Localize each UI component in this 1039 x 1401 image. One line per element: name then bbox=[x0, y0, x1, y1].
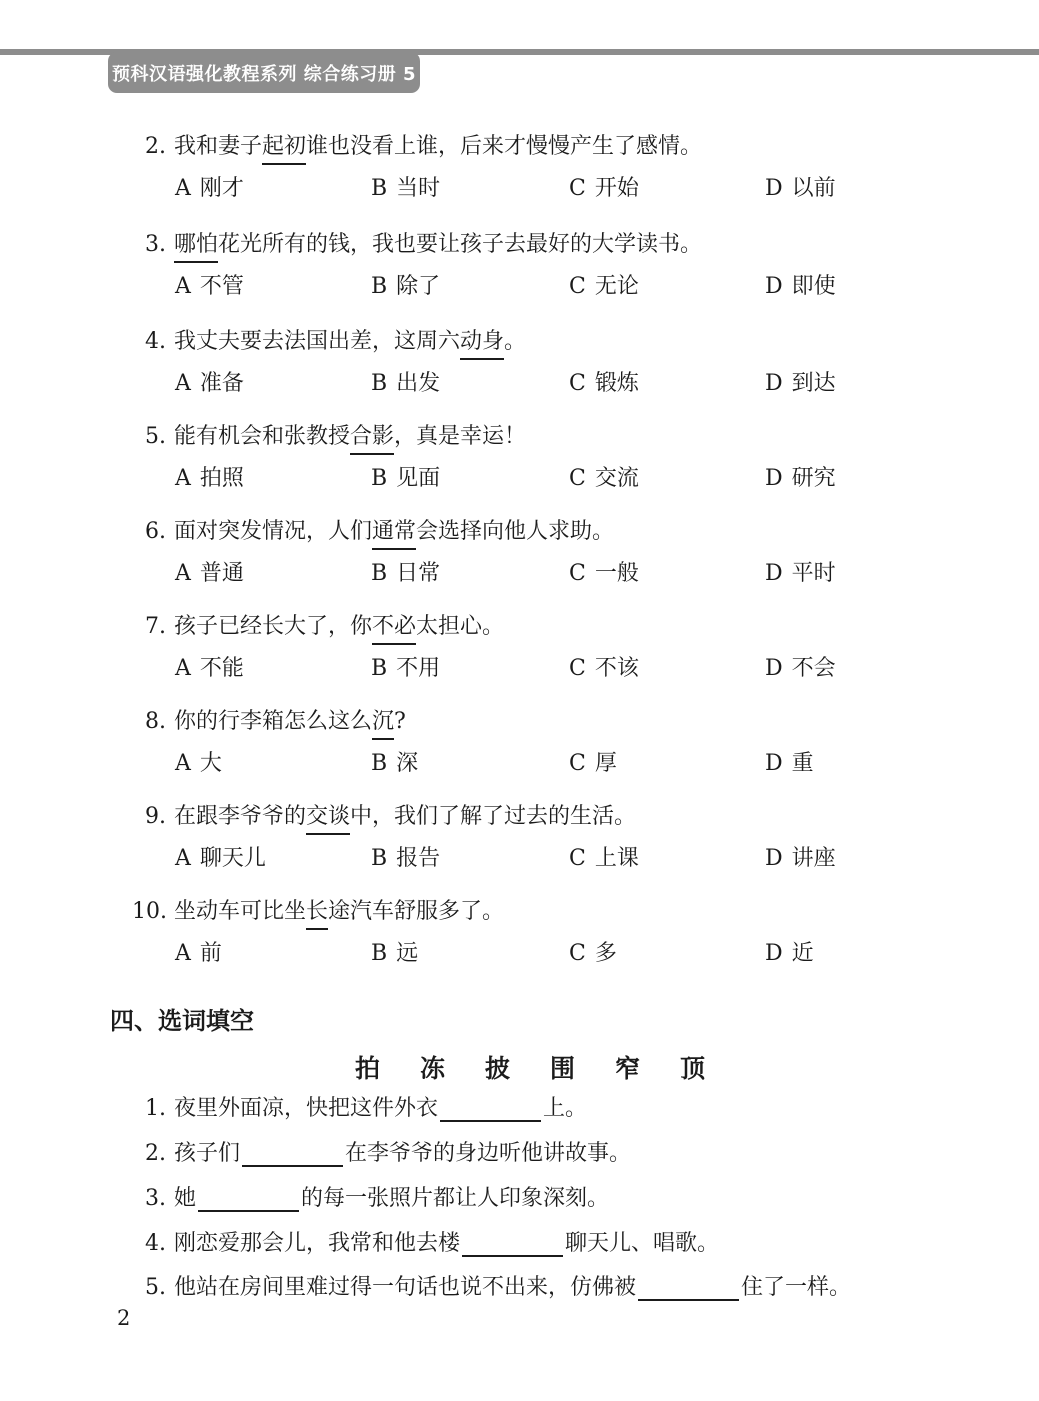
word-bank-word: 披 bbox=[485, 1054, 510, 1084]
fill-pre: 夜里外面凉，快把这件外衣 bbox=[174, 1096, 438, 1121]
word-bank-word: 拍 bbox=[355, 1054, 380, 1084]
option-label: 一般 bbox=[595, 561, 639, 586]
option-a: A普通 bbox=[175, 561, 371, 587]
option-a: A不能 bbox=[175, 656, 371, 682]
fill-number: 2. bbox=[132, 1139, 166, 1169]
question-number: 7. bbox=[132, 613, 166, 641]
question-post: 。 bbox=[504, 329, 526, 354]
blank-line bbox=[242, 1143, 343, 1167]
word-bank-word: 围 bbox=[550, 1054, 575, 1084]
question-post: 会选择向他人求助。 bbox=[416, 519, 614, 544]
option-letter: D bbox=[765, 941, 783, 966]
question-post: ? bbox=[394, 709, 406, 734]
option-b: B当时 bbox=[371, 176, 569, 202]
option-letter: A bbox=[175, 371, 191, 396]
series-tab-label: 预科汉语强化教程系列 综合练习册 5 bbox=[108, 52, 420, 93]
blank-line bbox=[638, 1277, 739, 1301]
option-letter: A bbox=[175, 466, 191, 491]
option-label: 当时 bbox=[396, 176, 440, 201]
option-letter: B bbox=[371, 371, 387, 396]
question-text: 2.我和妻子起初谁也没看上谁，后来才慢慢产生了感情。 bbox=[0, 133, 1039, 161]
option-label: 拍照 bbox=[200, 466, 244, 491]
option-a: A不管 bbox=[175, 274, 371, 300]
option-b: B见面 bbox=[371, 466, 569, 492]
blank-line bbox=[198, 1188, 299, 1212]
option-label: 聊天儿 bbox=[200, 846, 266, 871]
option-label: 不该 bbox=[595, 656, 639, 681]
option-label: 即使 bbox=[792, 274, 836, 299]
question-block-3: 3.哪怕花光所有的钱，我也要让孩子去最好的大学读书。 A不管 B除了 C无论 D… bbox=[0, 231, 1039, 300]
option-letter: D bbox=[765, 274, 783, 299]
option-a: A准备 bbox=[175, 371, 371, 397]
options-row: A前 B远 C多 D近 bbox=[0, 941, 1039, 967]
option-label: 普通 bbox=[200, 561, 244, 586]
option-label: 日常 bbox=[396, 561, 440, 586]
question-pre: 在跟李爷爷的 bbox=[174, 804, 306, 829]
option-label: 深 bbox=[396, 751, 418, 776]
option-letter: C bbox=[569, 941, 586, 966]
option-label: 开始 bbox=[595, 176, 639, 201]
question-post: 谁也没看上谁，后来才慢慢产生了感情。 bbox=[306, 134, 702, 159]
options-row: A拍照 B见面 C交流 D研究 bbox=[0, 466, 1039, 492]
option-a: A大 bbox=[175, 751, 371, 777]
fill-post: 聊天儿、唱歌。 bbox=[565, 1231, 719, 1256]
word-bank: 拍 冻 披 围 窄 顶 bbox=[355, 1054, 705, 1084]
blank-line bbox=[462, 1233, 563, 1257]
option-d: D重 bbox=[765, 751, 814, 777]
fill-pre: 刚恋爱那会儿，我常和他去楼 bbox=[174, 1231, 460, 1256]
fill-number: 4. bbox=[132, 1229, 166, 1259]
option-label: 上课 bbox=[595, 846, 639, 871]
question-post: 花光所有的钱，我也要让孩子去最好的大学读书。 bbox=[218, 232, 702, 257]
word-bank-word: 冻 bbox=[420, 1054, 445, 1084]
question-block-4: 4.我丈夫要去法国出差，这周六动身。 A准备 B出发 C锻炼 D到达 bbox=[0, 328, 1039, 397]
question-number: 6. bbox=[132, 518, 166, 546]
option-d: D近 bbox=[765, 941, 814, 967]
option-b: B除了 bbox=[371, 274, 569, 300]
fill-pre: 他站在房间里难过得一句话也说不出来，仿佛被 bbox=[174, 1275, 636, 1300]
option-d: D即使 bbox=[765, 274, 836, 300]
option-label: 见面 bbox=[396, 466, 440, 491]
option-c: C一般 bbox=[569, 561, 765, 587]
option-a: A聊天儿 bbox=[175, 846, 371, 872]
question-text: 8.你的行李箱怎么这么沉? bbox=[0, 708, 1039, 736]
option-label: 到达 bbox=[792, 371, 836, 396]
blank-line bbox=[440, 1098, 541, 1122]
option-c: C上课 bbox=[569, 846, 765, 872]
fill-item-4: 4.刚恋爱那会儿，我常和他去楼聊天儿、唱歌。 bbox=[0, 1229, 1039, 1259]
question-number: 3. bbox=[132, 231, 166, 259]
options-row: A准备 B出发 C锻炼 D到达 bbox=[0, 371, 1039, 397]
option-letter: C bbox=[569, 274, 586, 299]
options-row: A不管 B除了 C无论 D即使 bbox=[0, 274, 1039, 300]
option-c: C锻炼 bbox=[569, 371, 765, 397]
option-label: 多 bbox=[595, 941, 617, 966]
fill-pre: 她 bbox=[174, 1186, 196, 1211]
option-d: D平时 bbox=[765, 561, 836, 587]
option-b: B日常 bbox=[371, 561, 569, 587]
option-label: 讲座 bbox=[792, 846, 836, 871]
question-pre: 能有机会和张教授 bbox=[174, 424, 350, 449]
option-letter: D bbox=[765, 466, 783, 491]
workbook-page: 预科汉语强化教程系列 综合练习册 5 2.我和妻子起初谁也没看上谁，后来才慢慢产… bbox=[0, 0, 1039, 1401]
question-number: 2. bbox=[132, 133, 166, 161]
option-label: 不会 bbox=[792, 656, 836, 681]
option-d: D以前 bbox=[765, 176, 836, 202]
word-bank-word: 顶 bbox=[680, 1054, 705, 1084]
fill-item-3: 3.她的每一张照片都让人印象深刻。 bbox=[0, 1184, 1039, 1214]
page-number: 2 bbox=[117, 1305, 130, 1331]
option-letter: C bbox=[569, 751, 586, 776]
option-letter: A bbox=[175, 941, 191, 966]
question-post: ，真是幸运！ bbox=[394, 424, 526, 449]
question-block-9: 9.在跟李爷爷的交谈中，我们了解了过去的生活。 A聊天儿 B报告 C上课 D讲座 bbox=[0, 803, 1039, 872]
option-letter: D bbox=[765, 561, 783, 586]
option-c: C无论 bbox=[569, 274, 765, 300]
option-b: B深 bbox=[371, 751, 569, 777]
option-letter: A bbox=[175, 846, 191, 871]
question-text: 7.孩子已经长大了，你不必太担心。 bbox=[0, 613, 1039, 641]
question-number: 9. bbox=[132, 803, 166, 831]
option-letter: A bbox=[175, 274, 191, 299]
section-heading: 四、选词填空 bbox=[110, 1006, 254, 1036]
option-a: A刚才 bbox=[175, 176, 371, 202]
option-label: 以前 bbox=[792, 176, 836, 201]
option-letter: D bbox=[765, 656, 783, 681]
word-bank-word: 窄 bbox=[615, 1054, 640, 1084]
option-letter: D bbox=[765, 176, 783, 201]
question-block-5: 5.能有机会和张教授合影，真是幸运！ A拍照 B见面 C交流 D研究 bbox=[0, 423, 1039, 492]
option-a: A前 bbox=[175, 941, 371, 967]
options-row: A刚才 B当时 C开始 D以前 bbox=[0, 176, 1039, 202]
option-d: D到达 bbox=[765, 371, 836, 397]
options-row: A聊天儿 B报告 C上课 D讲座 bbox=[0, 846, 1039, 872]
option-letter: C bbox=[569, 846, 586, 871]
option-label: 准备 bbox=[200, 371, 244, 396]
option-b: B不用 bbox=[371, 656, 569, 682]
option-letter: A bbox=[175, 561, 191, 586]
option-letter: B bbox=[371, 561, 387, 586]
option-letter: B bbox=[371, 466, 387, 491]
question-text: 5.能有机会和张教授合影，真是幸运！ bbox=[0, 423, 1039, 451]
option-letter: D bbox=[765, 846, 783, 871]
option-letter: B bbox=[371, 274, 387, 299]
question-text: 10.坐动车可比坐长途汽车舒服多了。 bbox=[0, 898, 1039, 926]
underlined-word: 通常 bbox=[372, 519, 416, 550]
fill-number: 5. bbox=[132, 1273, 166, 1303]
option-letter: B bbox=[371, 656, 387, 681]
option-d: D研究 bbox=[765, 466, 836, 492]
option-letter: C bbox=[569, 466, 586, 491]
fill-item-2: 2.孩子们在李爷爷的身边听他讲故事。 bbox=[0, 1139, 1039, 1169]
option-label: 前 bbox=[200, 941, 222, 966]
underlined-word: 合影 bbox=[350, 424, 394, 455]
question-text: 4.我丈夫要去法国出差，这周六动身。 bbox=[0, 328, 1039, 356]
option-c: C不该 bbox=[569, 656, 765, 682]
question-block-6: 6.面对突发情况，人们通常会选择向他人求助。 A普通 B日常 C一般 D平时 bbox=[0, 518, 1039, 587]
option-letter: C bbox=[569, 656, 586, 681]
options-row: A不能 B不用 C不该 D不会 bbox=[0, 656, 1039, 682]
options-row: A大 B深 C厚 D重 bbox=[0, 751, 1039, 777]
question-pre: 面对突发情况，人们 bbox=[174, 519, 372, 544]
option-b: B远 bbox=[371, 941, 569, 967]
question-number: 8. bbox=[132, 708, 166, 736]
question-pre: 我和妻子 bbox=[174, 134, 262, 159]
underlined-word: 不必 bbox=[372, 614, 416, 645]
option-label: 刚才 bbox=[200, 176, 244, 201]
question-text: 6.面对突发情况，人们通常会选择向他人求助。 bbox=[0, 518, 1039, 546]
question-text: 3.哪怕花光所有的钱，我也要让孩子去最好的大学读书。 bbox=[0, 231, 1039, 259]
question-number: 4. bbox=[132, 328, 166, 356]
option-label: 重 bbox=[792, 751, 814, 776]
option-letter: B bbox=[371, 751, 387, 776]
option-label: 出发 bbox=[396, 371, 440, 396]
underlined-word: 起初 bbox=[262, 134, 306, 165]
fill-post: 的每一张照片都让人印象深刻。 bbox=[301, 1186, 609, 1211]
question-post: 中，我们了解了过去的生活。 bbox=[350, 804, 636, 829]
question-block-10: 10.坐动车可比坐长途汽车舒服多了。 A前 B远 C多 D近 bbox=[0, 898, 1039, 967]
option-label: 锻炼 bbox=[595, 371, 639, 396]
option-d: D不会 bbox=[765, 656, 836, 682]
fill-post: 在李爷爷的身边听他讲故事。 bbox=[345, 1141, 631, 1166]
question-pre: 孩子已经长大了，你 bbox=[174, 614, 372, 639]
underlined-word: 动身 bbox=[460, 329, 504, 360]
option-c: C多 bbox=[569, 941, 765, 967]
option-letter: C bbox=[569, 371, 586, 396]
question-number: 5. bbox=[132, 423, 166, 451]
fill-item-5: 5.他站在房间里难过得一句话也说不出来，仿佛被住了一样。 bbox=[0, 1273, 1039, 1303]
fill-item-1: 1.夜里外面凉，快把这件外衣上。 bbox=[0, 1094, 1039, 1124]
option-label: 不管 bbox=[200, 274, 244, 299]
option-label: 无论 bbox=[595, 274, 639, 299]
question-number: 10. bbox=[132, 898, 166, 926]
option-c: C开始 bbox=[569, 176, 765, 202]
question-pre: 我丈夫要去法国出差，这周六 bbox=[174, 329, 460, 354]
fill-post: 上。 bbox=[543, 1096, 587, 1121]
fill-number: 1. bbox=[132, 1094, 166, 1124]
question-post: 途汽车舒服多了。 bbox=[328, 899, 504, 924]
option-letter: C bbox=[569, 561, 586, 586]
fill-post: 住了一样。 bbox=[741, 1275, 851, 1300]
option-letter: D bbox=[765, 371, 783, 396]
option-label: 不能 bbox=[200, 656, 244, 681]
option-letter: A bbox=[175, 656, 191, 681]
option-label: 除了 bbox=[396, 274, 440, 299]
question-pre: 坐动车可比坐 bbox=[174, 899, 306, 924]
option-label: 大 bbox=[200, 751, 222, 776]
question-block-7: 7.孩子已经长大了，你不必太担心。 A不能 B不用 C不该 D不会 bbox=[0, 613, 1039, 682]
question-block-2: 2.我和妻子起初谁也没看上谁，后来才慢慢产生了感情。 A刚才 B当时 C开始 D… bbox=[0, 133, 1039, 202]
option-label: 交流 bbox=[595, 466, 639, 491]
question-pre: 你的行李箱怎么这么 bbox=[174, 709, 372, 734]
question-text: 9.在跟李爷爷的交谈中，我们了解了过去的生活。 bbox=[0, 803, 1039, 831]
option-letter: C bbox=[569, 176, 586, 201]
option-b: B出发 bbox=[371, 371, 569, 397]
option-letter: A bbox=[175, 176, 191, 201]
option-label: 不用 bbox=[396, 656, 440, 681]
option-label: 报告 bbox=[396, 846, 440, 871]
underlined-word: 沉 bbox=[372, 709, 394, 740]
option-letter: B bbox=[371, 941, 387, 966]
question-block-8: 8.你的行李箱怎么这么沉? A大 B深 C厚 D重 bbox=[0, 708, 1039, 777]
options-row: A普通 B日常 C一般 D平时 bbox=[0, 561, 1039, 587]
option-label: 厚 bbox=[595, 751, 617, 776]
fill-number: 3. bbox=[132, 1184, 166, 1214]
option-a: A拍照 bbox=[175, 466, 371, 492]
option-c: C交流 bbox=[569, 466, 765, 492]
option-b: B报告 bbox=[371, 846, 569, 872]
underlined-word: 交谈 bbox=[306, 804, 350, 835]
option-label: 平时 bbox=[792, 561, 836, 586]
option-label: 研究 bbox=[792, 466, 836, 491]
option-letter: B bbox=[371, 846, 387, 871]
option-label: 远 bbox=[396, 941, 418, 966]
option-c: C厚 bbox=[569, 751, 765, 777]
option-letter: D bbox=[765, 751, 783, 776]
option-letter: B bbox=[371, 176, 387, 201]
underlined-word: 长 bbox=[306, 899, 328, 930]
option-letter: A bbox=[175, 751, 191, 776]
underlined-word: 哪怕 bbox=[174, 232, 218, 263]
option-d: D讲座 bbox=[765, 846, 836, 872]
fill-pre: 孩子们 bbox=[174, 1141, 240, 1166]
option-label: 近 bbox=[792, 941, 814, 966]
question-post: 太担心。 bbox=[416, 614, 504, 639]
